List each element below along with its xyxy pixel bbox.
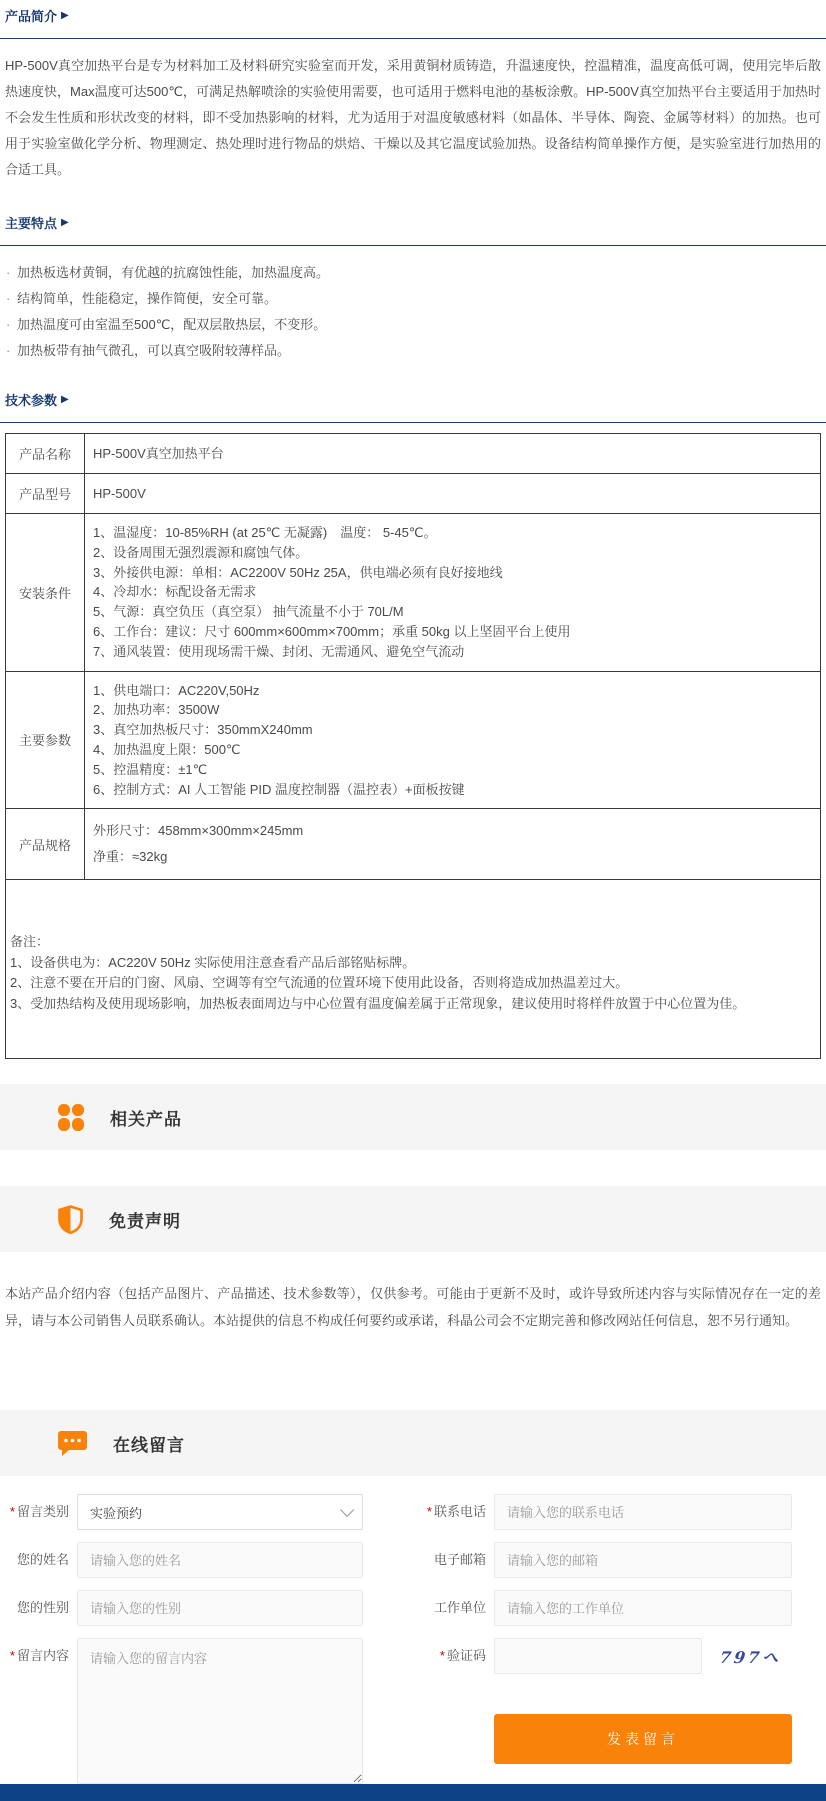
spec-line: 1、温湿度：10-85%RH (at 25℃ 无凝露) 温度： 5-45℃。	[93, 523, 812, 543]
spec-row-label: 产品名称	[6, 434, 85, 474]
disclaimer-paragraph: 本站产品介绍内容（包括产品图片、产品描述、技术参数等），仅供参考。可能由于更新不…	[5, 1280, 821, 1334]
remark-line: 2、注意不要在开启的门窗、风扇、空调等有空气流通的位置环境下使用此设备，否则将造…	[10, 973, 812, 994]
message-form: *留言类别 实验预约 *联系电话 您的姓名	[5, 1494, 821, 1789]
spec-row-value: 1、供电端口：AC220V,50Hz 2、加热功率：3500W 3、真空加热板尺…	[85, 671, 821, 809]
spec-row-label: 产品规格	[6, 809, 85, 880]
message-content-textarea[interactable]	[77, 1638, 363, 1784]
feature-item: 加热板选材黄铜，有优越的抗腐蚀性能，加热温度高。	[5, 260, 821, 286]
required-mark: *	[427, 1504, 432, 1519]
spec-line: 净重：≈32kg	[93, 844, 812, 870]
spec-line: 3、真空加热板尺寸：350mmX240mm	[93, 720, 812, 740]
shield-icon	[58, 1205, 83, 1234]
section-divider	[0, 245, 826, 246]
captcha-code-image[interactable]: 797へ	[718, 1645, 783, 1668]
spec-remark-cell: 备注： 1、设备供电为：AC220V 50Hz 实际使用注意查看产品后部铭贴标牌…	[6, 880, 821, 1059]
name-input[interactable]	[77, 1542, 363, 1578]
spec-line: 7、通风装置：使用现场需干燥、封闭、无需通风、避免空气流动	[93, 642, 812, 662]
spec-line: 4、加热温度上限：500℃	[93, 740, 812, 760]
table-row: 备注： 1、设备供电为：AC220V 50Hz 实际使用注意查看产品后部铭贴标牌…	[6, 880, 821, 1059]
feature-list: 加热板选材黄铜，有优越的抗腐蚀性能，加热温度高。 结构简单，性能稳定，操作简便，…	[5, 260, 821, 364]
triangle-right-icon: ▶	[61, 218, 69, 228]
content-label: *留言内容	[5, 1638, 69, 1674]
spec-row-label: 产品型号	[6, 474, 85, 514]
captcha-label: *验证码	[418, 1638, 486, 1674]
required-mark: *	[10, 1504, 15, 1519]
disclaimer-title: 免责声明	[109, 1207, 181, 1232]
section-title-intro: 产品简介 ▶	[5, 0, 821, 25]
submit-message-button[interactable]: 发表留言	[494, 1714, 792, 1764]
table-row: 产品名称 HP-500V真空加热平台	[6, 434, 821, 474]
online-message-title: 在线留言	[113, 1431, 185, 1456]
related-products-banner: 相关产品	[0, 1084, 826, 1150]
email-label: 电子邮箱	[418, 1542, 486, 1578]
phone-input[interactable]	[494, 1494, 792, 1530]
spec-line: 外形尺寸：458mm×300mm×245mm	[93, 818, 812, 844]
spec-row-label: 安装条件	[6, 514, 85, 672]
spec-line: 3、外接供电源：单相：AC2200V 50Hz 25A，供电端必须有良好接地线	[93, 563, 812, 583]
chevron-down-icon	[340, 1503, 354, 1517]
spec-row-value: HP-500V真空加热平台	[85, 434, 821, 474]
product-detail-page: 产品简介 ▶ HP-500V真空加热平台是专为材料加工及材料研究实验室而开发，采…	[0, 0, 826, 1801]
section-divider	[0, 422, 826, 423]
spec-row-label: 主要参数	[6, 671, 85, 809]
gender-input[interactable]	[77, 1590, 363, 1626]
section-title-specs-text: 技术参数	[5, 390, 57, 409]
category-select[interactable]: 实验预约	[77, 1494, 363, 1530]
required-mark: *	[10, 1648, 15, 1663]
spec-line: 2、设备周围无强烈震源和腐蚀气体。	[93, 543, 812, 563]
phone-label: *联系电话	[418, 1494, 486, 1530]
spec-row-value: HP-500V	[85, 474, 821, 514]
gender-label: 您的性别	[5, 1590, 69, 1626]
captcha-input[interactable]	[494, 1638, 702, 1674]
spec-row-value: 1、温湿度：10-85%RH (at 25℃ 无凝露) 温度： 5-45℃。 2…	[85, 514, 821, 672]
spec-line: 6、控制方式：AI 人工智能 PID 温度控制器（温控表）+面板按键	[93, 780, 812, 800]
triangle-right-icon: ▶	[61, 395, 69, 405]
category-label: *留言类别	[5, 1494, 69, 1530]
table-row: 主要参数 1、供电端口：AC220V,50Hz 2、加热功率：3500W 3、真…	[6, 671, 821, 809]
section-title-specs: 技术参数 ▶	[5, 384, 821, 409]
chat-bubble-icon	[58, 1430, 87, 1457]
feature-item: 加热温度可由室温至500℃，配双层散热层，不变形。	[5, 312, 821, 338]
spec-line: 5、气源：真空负压（真空泵） 抽气流量不小于 70L/M	[93, 602, 812, 622]
spec-line: 5、控温精度：±1℃	[93, 760, 812, 780]
section-title-features-text: 主要特点	[5, 213, 57, 232]
spec-row-value: 外形尺寸：458mm×300mm×245mm 净重：≈32kg	[85, 809, 821, 880]
table-row: 产品规格 外形尺寸：458mm×300mm×245mm 净重：≈32kg	[6, 809, 821, 880]
spec-line: 2、加热功率：3500W	[93, 700, 812, 720]
spec-table: 产品名称 HP-500V真空加热平台 产品型号 HP-500V 安装条件 1、温…	[5, 433, 821, 1059]
footer-bar	[0, 1784, 826, 1801]
triangle-right-icon: ▶	[61, 11, 69, 21]
required-mark: *	[440, 1648, 445, 1663]
four-dots-icon	[58, 1104, 84, 1131]
spec-line: 4、冷却水：标配设备无需求	[93, 582, 812, 602]
spec-line: 1、供电端口：AC220V,50Hz	[93, 681, 812, 701]
spec-line: HP-500V真空加热平台	[93, 444, 812, 464]
category-selected-value: 实验预约	[90, 1503, 142, 1522]
online-message-banner: 在线留言	[0, 1410, 826, 1476]
table-row: 安装条件 1、温湿度：10-85%RH (at 25℃ 无凝露) 温度： 5-4…	[6, 514, 821, 672]
email-input[interactable]	[494, 1542, 792, 1578]
feature-item: 加热板带有抽气微孔，可以真空吸附较薄样品。	[5, 338, 821, 364]
feature-item: 结构简单，性能稳定，操作简便，安全可靠。	[5, 286, 821, 312]
name-label: 您的姓名	[5, 1542, 69, 1578]
section-divider	[0, 38, 826, 39]
remark-line: 1、设备供电为：AC220V 50Hz 实际使用注意查看产品后部铭贴标牌。	[10, 953, 812, 974]
spec-line: 6、工作台：建议：尺寸 600mm×600mm×700mm；承重 50kg 以上…	[93, 622, 812, 642]
table-row: 产品型号 HP-500V	[6, 474, 821, 514]
remark-title: 备注：	[10, 932, 812, 953]
company-label: 工作单位	[418, 1590, 486, 1626]
company-input[interactable]	[494, 1590, 792, 1626]
related-products-title: 相关产品	[110, 1105, 182, 1130]
disclaimer-banner: 免责声明	[0, 1186, 826, 1252]
intro-paragraph: HP-500V真空加热平台是专为材料加工及材料研究实验室而开发，采用黄铜材质铸造…	[5, 53, 821, 183]
section-title-intro-text: 产品简介	[5, 6, 57, 25]
remark-line: 3、受加热结构及使用现场影响，加热板表面周边与中心位置有温度偏差属于正常现象，建…	[10, 994, 812, 1015]
section-title-features: 主要特点 ▶	[5, 207, 821, 232]
spec-line: HP-500V	[93, 484, 812, 504]
